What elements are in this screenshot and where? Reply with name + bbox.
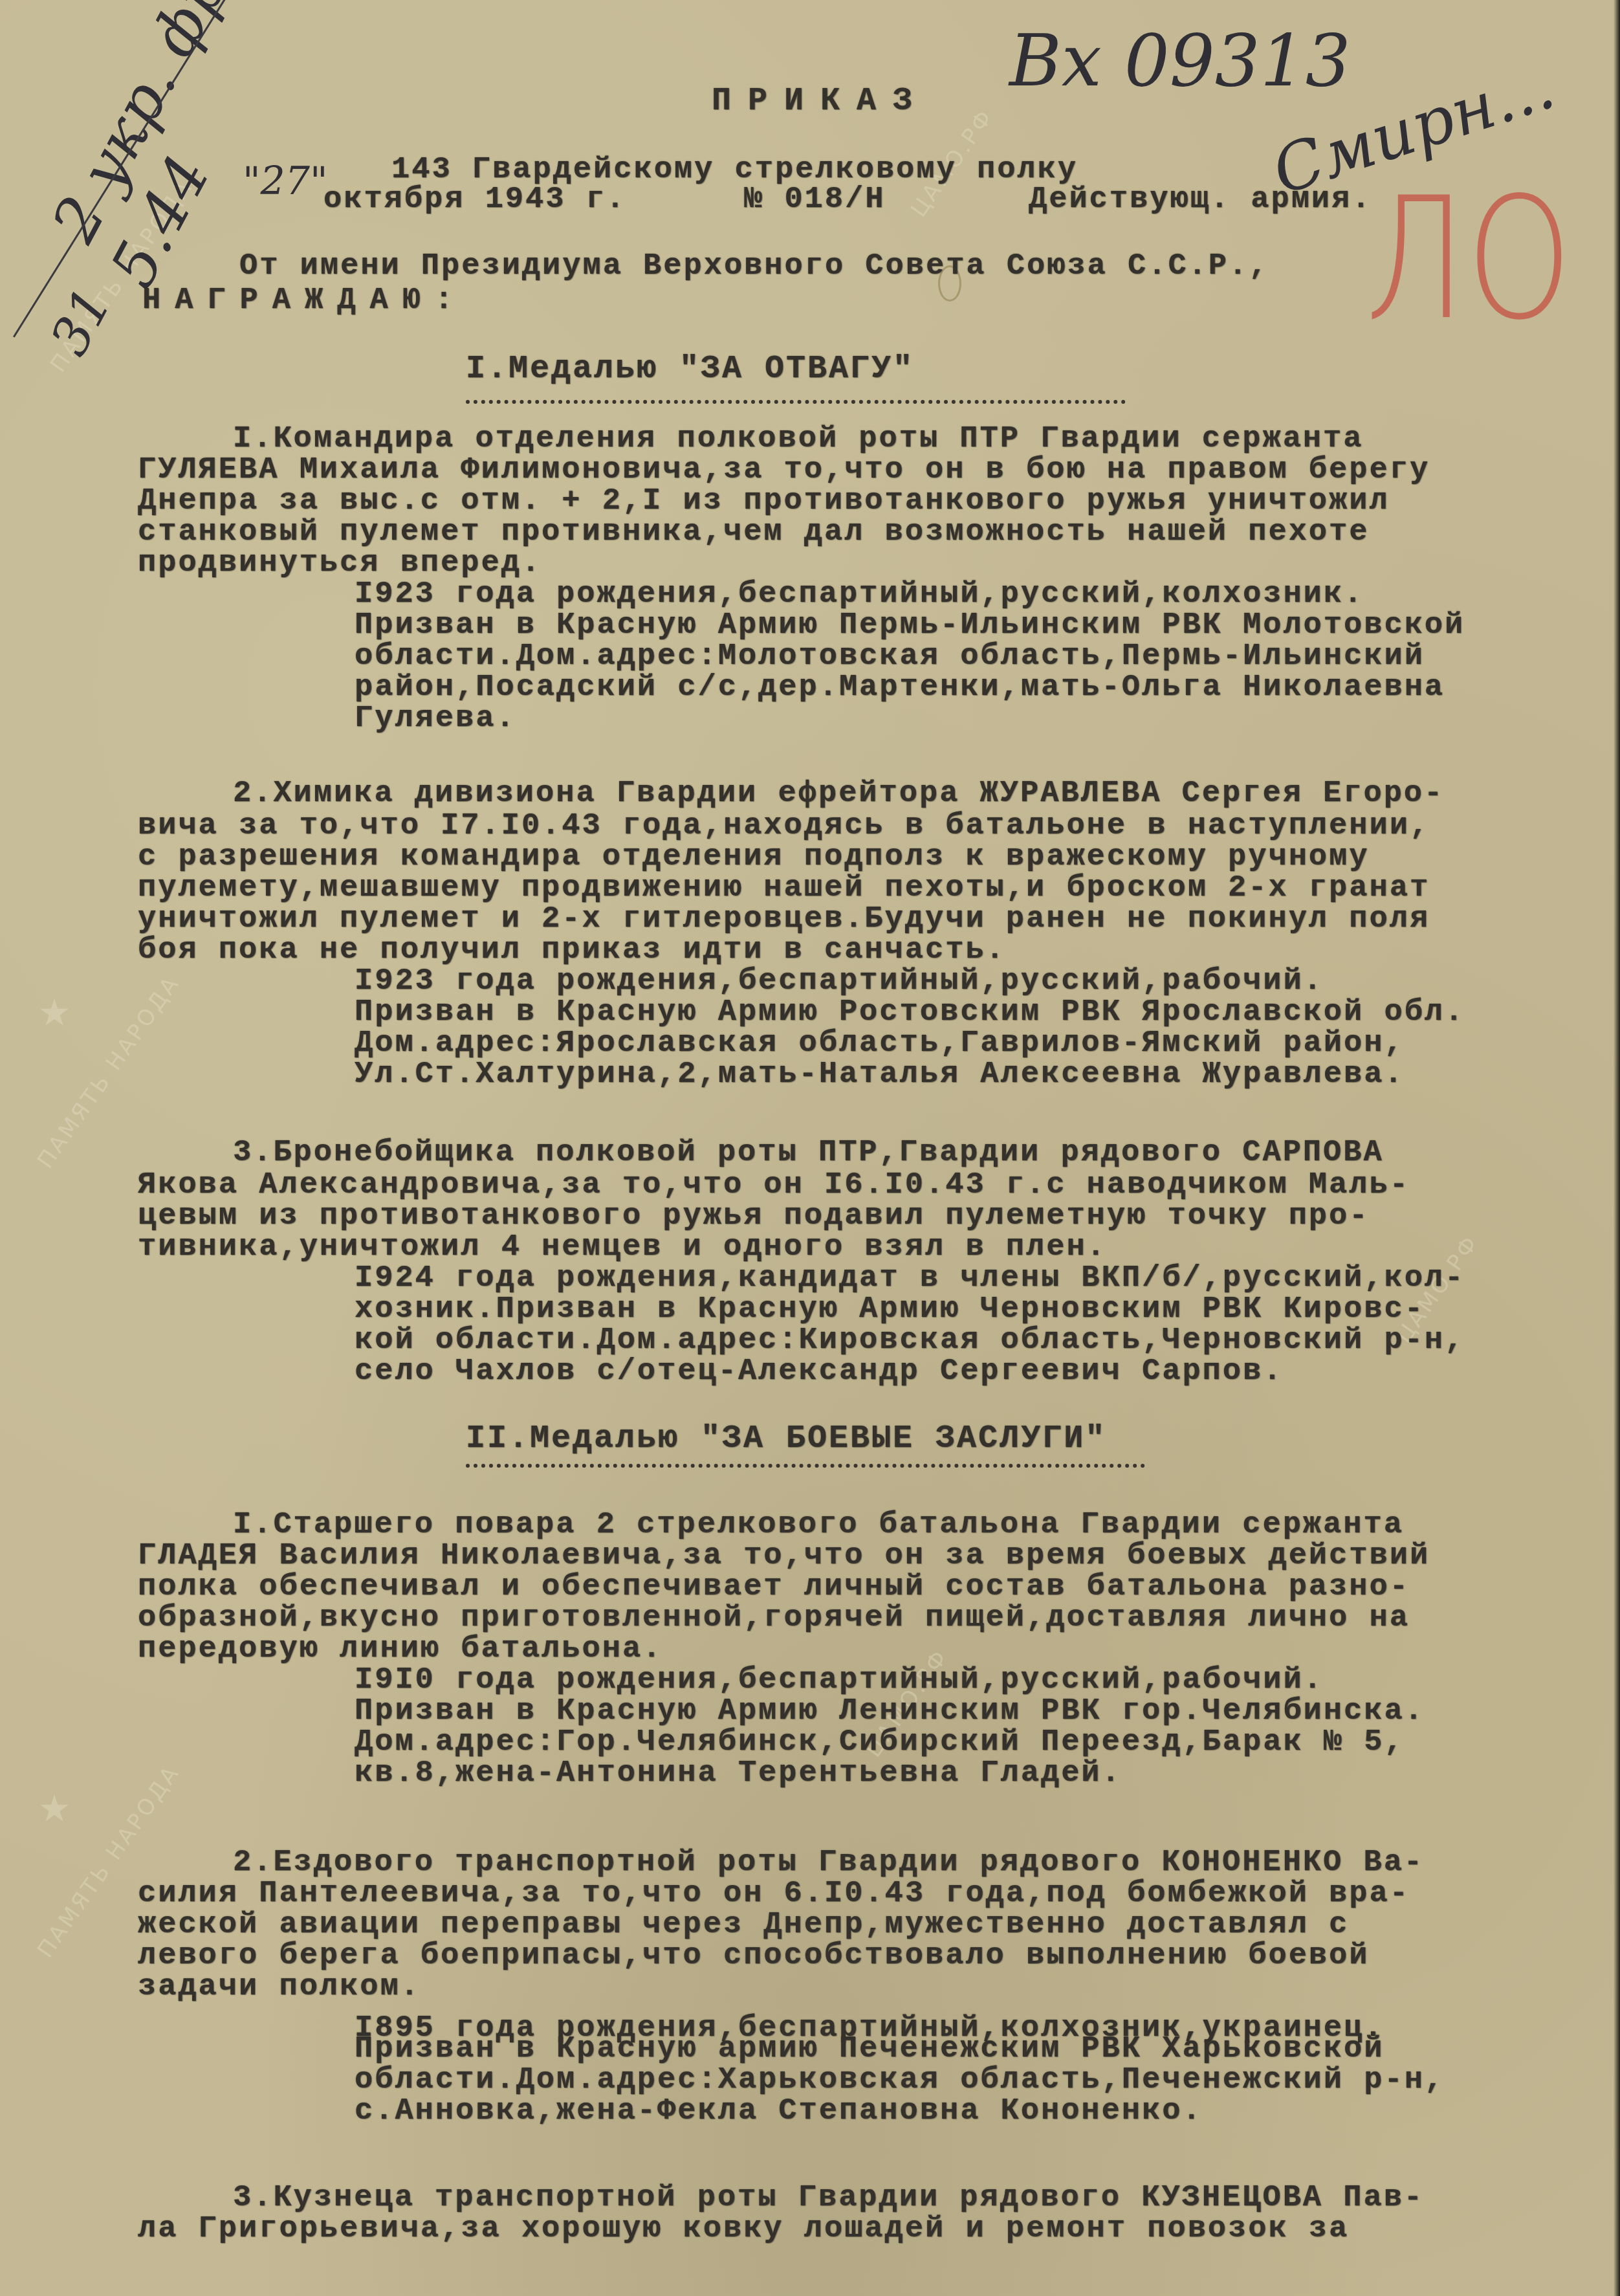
- archive-number: Вх 09313: [1009, 19, 1351, 102]
- entry-text-line: I.Старшего повара 2 стрелкового батальон…: [233, 1508, 1404, 1542]
- entry-text-line: тивника,уничтожил 4 немцев и одного взял…: [138, 1230, 1107, 1264]
- watermark-star-icon: ★: [39, 1786, 84, 1831]
- heading-underline: [466, 400, 1126, 404]
- location: Действующ. армия.: [1029, 182, 1372, 217]
- entry-text-line: ГЛАДЕЯ Василия Николаевича,за то,что он …: [138, 1539, 1430, 1573]
- bio-line: I923 года рождения,беспартийный,русский,…: [355, 577, 1364, 612]
- entry-text-line: цевым из противотанкового ружья подавил …: [138, 1199, 1369, 1233]
- bio-line: кой области.Дом.адрес:Кировская область,…: [355, 1323, 1465, 1358]
- date-day: "27": [243, 159, 328, 204]
- watermark-star-icon: ★: [39, 990, 84, 1035]
- entry-text-line: образной,вкусно приготовленной,горячей п…: [138, 1601, 1410, 1635]
- date-line: октября 1943 г.: [323, 182, 626, 217]
- bio-line: с.Анновка,жена-Фекла Степановна Кононенк…: [355, 2094, 1203, 2128]
- entry-text-line: жеской авиации переправы через Днепр,муж…: [138, 1908, 1349, 1942]
- entry-text-line: станковый пулемет противника,чем дал воз…: [138, 515, 1369, 549]
- entry-text-line: боя пока не получил приказ идти в санчас…: [138, 933, 1006, 967]
- authority-line: От имени Президиума Верховного Совета Со…: [239, 249, 1269, 283]
- bio-line: село Чахлов с/отец-Александр Сергеевич С…: [355, 1354, 1283, 1389]
- entry-text-line: с разрешения командира отделения подполз…: [138, 840, 1369, 874]
- bio-line: Призван в Красную Армию Ростовским РВК Я…: [355, 995, 1465, 1030]
- bio-line: I923 года рождения,беспартийный,русский,…: [355, 964, 1324, 999]
- bio-line: район,Посадский с/с,дер.Мартенки,мать-Ол…: [355, 670, 1445, 705]
- entry-text-line: левого берега боеприпасы,что способствов…: [138, 1939, 1369, 1973]
- entry-text-line: 2.Химика дивизиона Гвардии ефрейтора ЖУР…: [233, 777, 1444, 811]
- paper-edge: [1614, 0, 1620, 2296]
- entry-text-line: ла Григорьевича,за хорошую ковку лошадей…: [138, 2212, 1349, 2246]
- entry-text-line: задачи полком.: [138, 1970, 421, 2004]
- entry-text-line: продвинуться вперед.: [138, 546, 542, 580]
- entry-text-line: передовую линию батальона.: [138, 1632, 662, 1666]
- red-pencil-mark: ЛО: [1365, 162, 1572, 357]
- bio-line: I9I0 года рождения,беспартийный,русский,…: [355, 1663, 1324, 1697]
- entry-text-line: пулемету,мешавшему продвижению нашей пех…: [138, 871, 1430, 905]
- bio-line: Ул.Ст.Халтурина,2,мать-Наталья Алексеевн…: [355, 1057, 1405, 1092]
- entry-text-line: уничтожил пулемет и 2-х гитлеровцев.Буду…: [138, 902, 1430, 936]
- document-title: ПРИКАЗ: [712, 83, 929, 120]
- bio-line: Призван в Красную Армию Ленинским РВК го…: [355, 1694, 1425, 1728]
- section-heading: II.Медалью "ЗА БОЕВЫЕ ЗАСЛУГИ": [466, 1420, 1106, 1457]
- bio-line: хозник.Призван в Красную Армию Черновски…: [355, 1292, 1425, 1327]
- bio-line: Дом.адрес:Гор.Челябинск,Сибирский Переез…: [355, 1725, 1405, 1760]
- bio-line: I924 года рождения,кандидат в члены ВКП/…: [355, 1261, 1465, 1296]
- heading-underline: [466, 1464, 1145, 1468]
- entry-text-line: 2.Ездового транспортной роты Гвардии ряд…: [233, 1846, 1424, 1880]
- entry-text-line: 3.Бронебойщика полковой роты ПТР,Гвардии…: [233, 1136, 1384, 1170]
- bio-line: Гуляева.: [355, 701, 516, 736]
- bio-line: Призван в Красную армию Печенежским РВК …: [355, 2032, 1384, 2066]
- bio-line: области.Дом.адрес:Молотовская область,Пе…: [355, 639, 1425, 674]
- entry-text-line: I.Командира отделения полковой роты ПТР …: [233, 422, 1363, 456]
- entry-text-line: силия Пантелеевича,за то,что он 6.I0.43 …: [138, 1877, 1410, 1911]
- entry-text-line: вича за то,что I7.I0.43 года,находясь в …: [138, 809, 1430, 843]
- award-action: НАГРАЖДАЮ:: [142, 283, 467, 318]
- entry-text-line: полка обеспечивал и обеспечивает личный …: [138, 1570, 1410, 1604]
- bio-line: области.Дом.адрес:Харьковская область,Пе…: [355, 2063, 1445, 2097]
- bio-line: Призван в Красную Армию Пермь-Ильинским …: [355, 608, 1465, 643]
- order-number: № 018/Н: [744, 182, 885, 217]
- bio-line: Дом.адрес:Ярославская область,Гаврилов-Я…: [355, 1026, 1405, 1061]
- entry-text-line: Якова Александровича,за то,что он I6.I0.…: [138, 1168, 1410, 1202]
- entry-text-line: 3.Кузнеца транспортной роты Гвардии рядо…: [233, 2181, 1424, 2215]
- bio-line: кв.8,жена-Антонина Терентьевна Гладей.: [355, 1756, 1122, 1791]
- entry-text-line: Днепра за выс.с отм. + 2,I из противотан…: [138, 484, 1390, 518]
- section-heading: I.Медалью "ЗА ОТВАГУ": [466, 351, 914, 388]
- entry-text-line: ГУЛЯЕВА Михаила Филимоновича,за то,что о…: [138, 453, 1430, 487]
- archival-order-document: ★ ПАМЯТЬ НАРОДА ★ ПАМЯТЬ НАРОДА ЦАМО.РФ …: [0, 0, 1620, 2296]
